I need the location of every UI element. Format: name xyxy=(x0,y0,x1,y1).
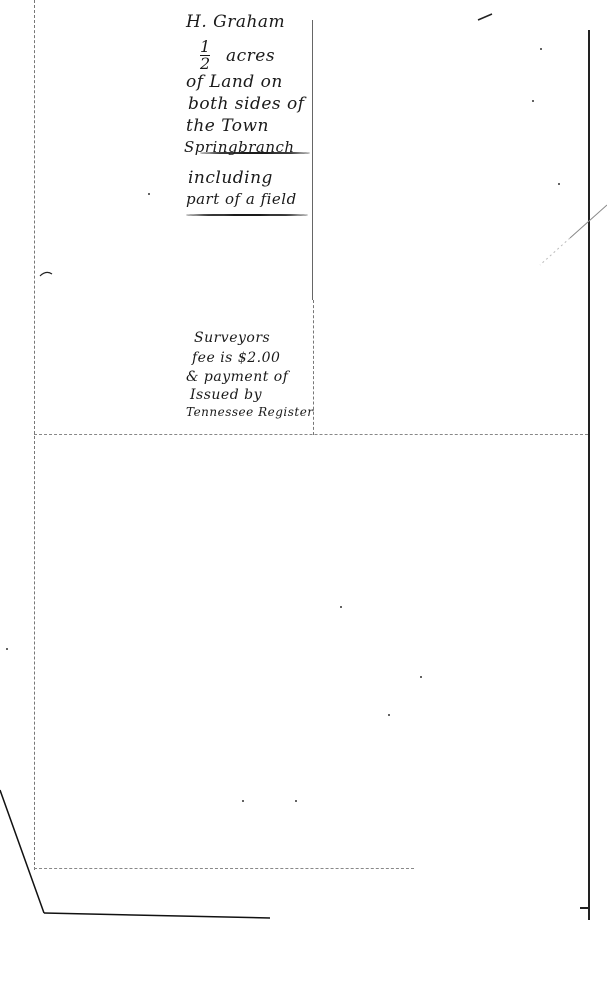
scan-speck xyxy=(388,714,390,716)
scan-speck xyxy=(148,193,150,195)
page-edge-strokes xyxy=(0,0,607,999)
scan-speck xyxy=(6,648,8,650)
fee-line: fee is $2.00 xyxy=(192,350,280,366)
scan-speck xyxy=(242,800,244,802)
divider-stroke xyxy=(200,152,310,154)
scanned-document-page: H. Graham 1 2 acres of Land on both side… xyxy=(0,0,607,999)
issued-line: Issued by xyxy=(190,387,262,403)
scan-speck xyxy=(340,606,342,608)
scan-speck xyxy=(295,800,297,802)
acreage-fraction: 1 2 xyxy=(200,40,210,71)
including-line: including xyxy=(188,168,273,188)
field-line: part of a field xyxy=(186,190,297,208)
scan-speck xyxy=(540,48,542,50)
register-line: Tennessee Register xyxy=(186,405,314,419)
town-line: the Town xyxy=(186,116,269,136)
scan-speck xyxy=(420,676,422,678)
owner-name: H. Graham xyxy=(186,12,285,32)
payment-line: & payment of xyxy=(186,369,288,385)
land-line: of Land on xyxy=(186,72,283,92)
scan-speck xyxy=(558,183,560,185)
acreage-unit: acres xyxy=(226,46,275,66)
closing-stroke xyxy=(186,214,308,216)
surveyors-line: Surveyors xyxy=(194,330,270,346)
scan-speck xyxy=(532,100,534,102)
sides-line: both sides of xyxy=(188,94,305,114)
